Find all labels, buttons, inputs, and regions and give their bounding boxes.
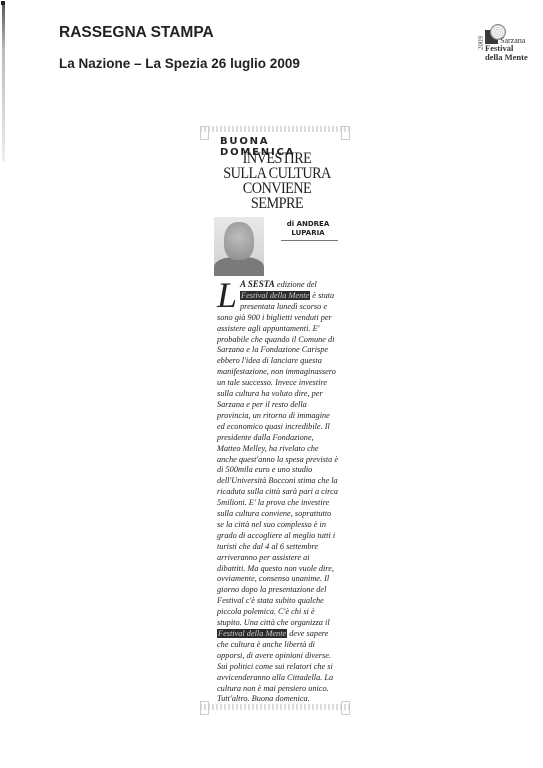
byline-divider (281, 240, 338, 241)
highlighted-term: Festival della Mente (217, 629, 287, 638)
page-title: RASSEGNA STAMPA (59, 24, 214, 42)
clipping-corner (200, 701, 209, 715)
highlighted-term: Festival della Mente (240, 291, 310, 300)
clipping-corner (341, 126, 350, 140)
byline-line: di ANDREA (278, 220, 338, 229)
byline-line: LUPARIA (278, 229, 338, 238)
headline-line: CONVIENE SEMPRE (219, 181, 335, 211)
body-segment: deve sapere che cultura è anche libertà … (217, 629, 333, 703)
lead-in: A SESTA (240, 279, 275, 289)
author-photo (214, 217, 264, 276)
drop-cap: L (217, 281, 237, 309)
scan-edge-bar (2, 2, 5, 162)
clipping-corner (341, 701, 350, 715)
photo-head-shape (224, 222, 254, 260)
scan-edge-mark (1, 1, 5, 5)
clipping-corner (200, 126, 209, 140)
clipping-border-bottom (200, 704, 350, 710)
headline-line: SULLA CULTURA (219, 166, 335, 181)
headline-line: INVESTIRE (219, 151, 335, 166)
body-segment: edizione del (275, 280, 317, 289)
body-segment: è stata presentata lunedì scorso e sono … (217, 291, 338, 627)
article-body: LA SESTA edizione del Festival della Men… (217, 279, 339, 705)
article-byline: di ANDREA LUPARIA (278, 220, 338, 238)
logo-text-della-mente: della Mente (485, 53, 528, 62)
logo-year: 2009 (477, 36, 485, 50)
source-line: La Nazione – La Spezia 26 luglio 2009 (59, 56, 300, 71)
article-headline: INVESTIRE SULLA CULTURA CONVIENE SEMPRE (219, 151, 335, 211)
newspaper-clipping: BUONA DOMENICA INVESTIRE SULLA CULTURA C… (200, 124, 350, 714)
festival-logo: 2009 Sarzana Festival della Mente (472, 24, 542, 72)
clipping-border-top (200, 126, 350, 132)
